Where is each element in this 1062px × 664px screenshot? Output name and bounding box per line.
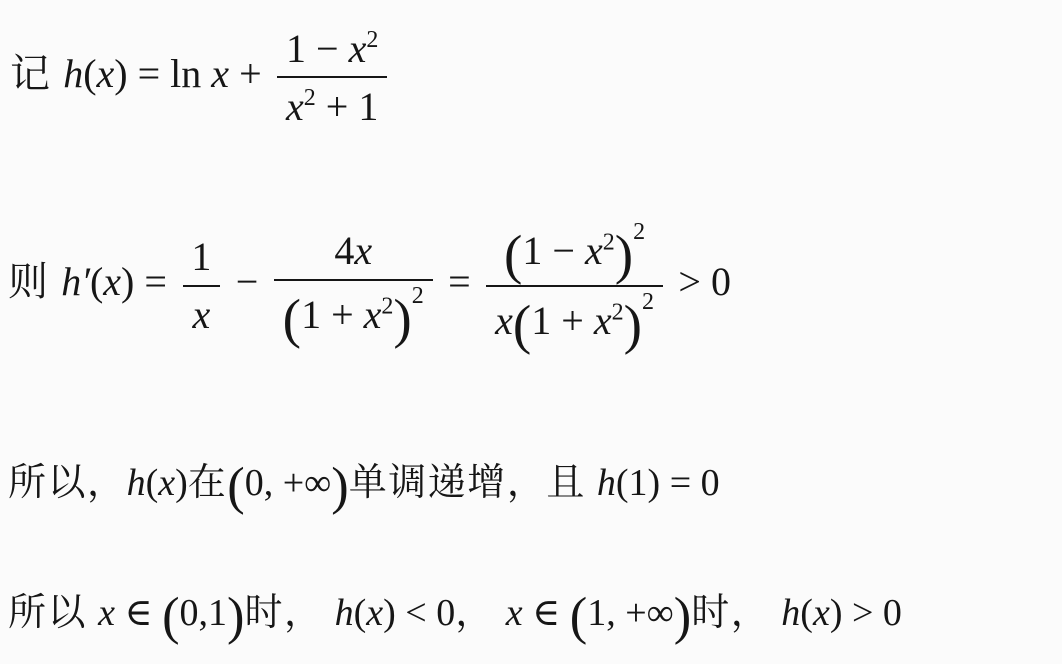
formula-line-definition: 记 h(x) = ln x + 1 − x2x2 + 1 <box>10 24 393 132</box>
math-operator: 1 <box>191 234 211 279</box>
fraction-denominator: x(1 + x2)2 <box>486 287 662 352</box>
math-operator: (1) = 0 <box>616 462 720 504</box>
big-paren: ( <box>504 224 522 285</box>
cjk-text: 单调递增，且 <box>349 462 597 504</box>
math-operator: 1 + <box>531 298 594 343</box>
math-variable: x <box>364 292 382 337</box>
fraction-numerator: 1 − x2 <box>277 24 387 78</box>
big-paren: ( <box>513 294 531 355</box>
fraction-denominator: (1 + x2)2 <box>274 281 433 346</box>
math-operator: ( <box>83 51 96 96</box>
math-variable: h <box>597 462 616 504</box>
fraction: (1 − x2)2x(1 + x2)2 <box>486 220 662 352</box>
math-variable: x <box>813 592 830 634</box>
math-variable: x <box>366 592 383 634</box>
math-operator: 1 + <box>301 292 364 337</box>
big-paren: ( <box>227 457 244 515</box>
math-operator: 0,1 <box>180 592 228 634</box>
math-variable: h <box>127 462 146 504</box>
math-operator: 1 − <box>286 26 349 71</box>
math-operator: − <box>226 259 269 304</box>
superscript: 2 <box>381 293 393 319</box>
math-operator: + 1 <box>316 84 379 129</box>
fraction-numerator: 4x <box>274 226 433 280</box>
math-variable: h <box>63 51 83 96</box>
math-variable: x <box>103 259 121 304</box>
math-operator: ) <box>383 592 396 634</box>
fraction: 4x(1 + x2)2 <box>274 226 433 346</box>
math-operator: ( <box>354 592 367 634</box>
big-paren: ) <box>624 294 642 355</box>
math-variable: h′ <box>61 259 90 304</box>
fraction-numerator: (1 − x2)2 <box>486 220 662 287</box>
math-operator: ) <box>175 462 188 504</box>
cjk-text: ， <box>455 592 506 634</box>
math-operator: ) > 0 <box>830 592 902 634</box>
superscript: 2 <box>642 289 654 315</box>
math-operator: ( <box>146 462 159 504</box>
math-operator: ∈ <box>115 592 162 634</box>
superscript: 2 <box>366 27 378 53</box>
math-variable: x <box>97 51 115 96</box>
big-paren: ) <box>615 224 633 285</box>
math-operator: = <box>438 259 481 304</box>
superscript: 2 <box>633 219 645 245</box>
cjk-text: 所以 <box>8 592 98 634</box>
fraction: 1x <box>183 232 221 340</box>
math-solution-document: 记 h(x) = ln x + 1 − x2x2 + 1 则 h′(x) = 1… <box>0 0 1062 664</box>
math-operator: > 0 <box>668 259 731 304</box>
cjk-text: 所以， <box>8 462 127 504</box>
math-operator: 0, +∞ <box>245 462 332 504</box>
math-variable: x <box>211 51 229 96</box>
math-operator: < 0 <box>396 592 455 634</box>
fraction-numerator: 1 <box>183 232 221 286</box>
math-operator: 4 <box>334 228 354 273</box>
math-variable: x <box>349 26 367 71</box>
fraction-denominator: x <box>183 287 221 340</box>
math-variable: x <box>506 592 523 634</box>
cjk-text: 则 <box>8 259 61 304</box>
fraction: 1 − x2x2 + 1 <box>277 24 387 132</box>
big-paren: ( <box>162 587 179 645</box>
math-operator: ) = <box>121 259 177 304</box>
statement-monotonicity: 所以，h(x)在(0, +∞)单调递增，且 h(1) = 0 <box>8 460 720 513</box>
big-paren: ( <box>570 587 587 645</box>
math-variable: h <box>781 592 800 634</box>
math-variable: x <box>158 462 175 504</box>
cjk-text: 时， <box>691 592 781 634</box>
cjk-text: 在 <box>188 462 228 504</box>
formula-line-derivative: 则 h′(x) = 1x − 4x(1 + x2)2 = (1 − x2)2x(… <box>8 220 731 352</box>
math-variable: h <box>335 592 354 634</box>
big-paren: ) <box>674 587 691 645</box>
math-variable: x <box>495 298 513 343</box>
superscript: 2 <box>412 283 424 309</box>
math-operator: 1 − <box>522 228 585 273</box>
math-operator: + <box>229 51 272 96</box>
superscript: 2 <box>612 299 624 325</box>
math-operator: ( <box>90 259 103 304</box>
math-variable: x <box>286 84 304 129</box>
math-variable: x <box>192 292 210 337</box>
big-paren: ) <box>331 457 348 515</box>
superscript: 2 <box>603 229 615 255</box>
big-paren: ( <box>283 288 301 349</box>
math-operator: ( <box>800 592 813 634</box>
superscript: 2 <box>304 85 316 111</box>
fraction-denominator: x2 + 1 <box>277 78 387 131</box>
big-paren: ) <box>393 288 411 349</box>
math-variable: x <box>594 298 612 343</box>
math-variable: x <box>98 592 115 634</box>
math-operator: 1, +∞ <box>587 592 674 634</box>
math-variable: x <box>354 228 372 273</box>
big-paren: ) <box>227 587 244 645</box>
math-variable: x <box>585 228 603 273</box>
math-operator: ∈ <box>523 592 570 634</box>
statement-sign-analysis: 所以 x ∈ (0,1)时， h(x) < 0， x ∈ (1, +∞)时， h… <box>8 590 902 643</box>
cjk-text: 记 <box>10 51 63 96</box>
math-operator: ) = ln <box>114 51 211 96</box>
cjk-text: 时， <box>245 592 335 634</box>
